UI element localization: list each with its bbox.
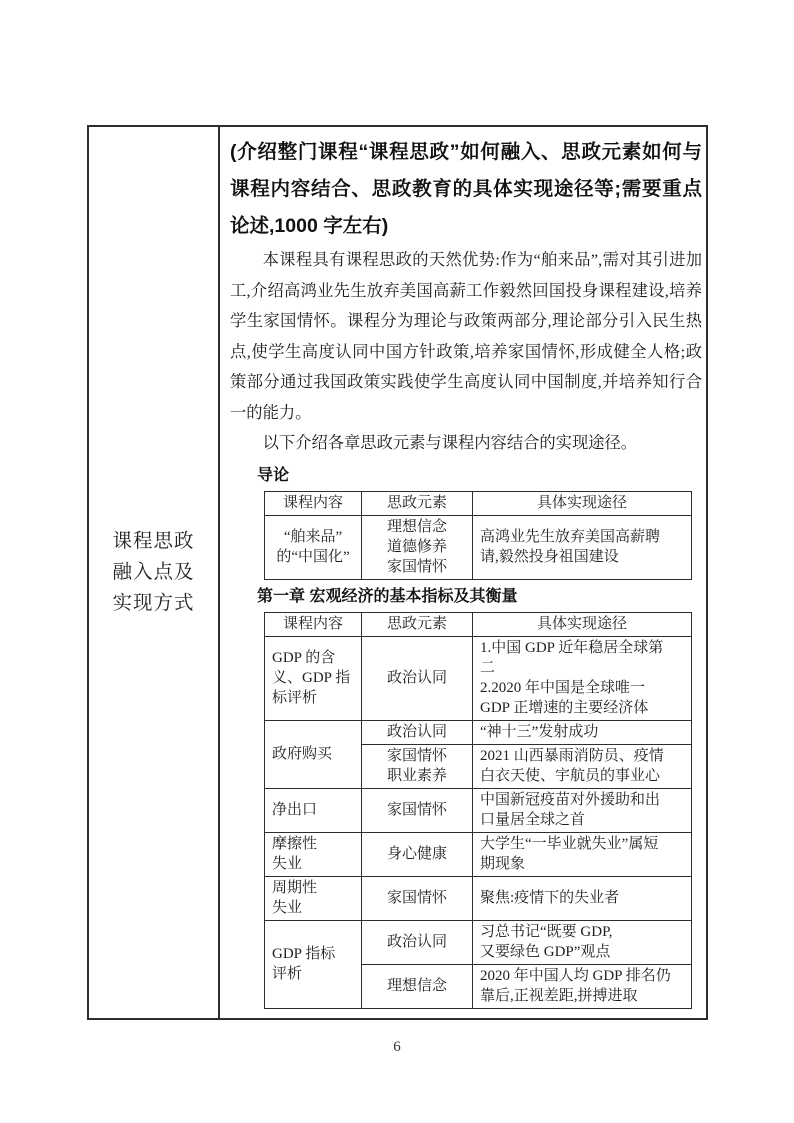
- table-cell: GDP 的含 义、GDP 指 标评析: [265, 636, 362, 720]
- table-row: “舶来品” 的“中国化”理想信念 道德修养 家国情怀高鸿业先生放弃美国高薪聘 请…: [265, 515, 692, 579]
- column-header: 思政元素: [362, 491, 473, 515]
- daolun-table: 课程内容思政元素具体实现途径“舶来品” 的“中国化”理想信念 道德修养 家国情怀…: [264, 491, 692, 580]
- table-cell: 家国情怀: [362, 788, 473, 832]
- column-header: 课程内容: [265, 612, 362, 636]
- section-title-daolun: 导论: [257, 465, 691, 487]
- outer-table-row: 课程思政 融入点及 实现方式 (介绍整门课程“课程思政”如何融入、思政元素如何与…: [88, 126, 707, 1019]
- column-header: 具体实现途径: [473, 491, 692, 515]
- table-cell: 净出口: [265, 788, 362, 832]
- column-header: 课程内容: [265, 491, 362, 515]
- row-label: 课程思政 融入点及 实现方式: [89, 526, 218, 619]
- instruction-note: (介绍整门课程“课程思政”如何融入、思政元素如何与课程内容结合、思政教育的具体实…: [230, 134, 702, 245]
- table-row: 摩擦性 失业身心健康大学生“一毕业就失业”属短 期现象: [265, 832, 692, 876]
- table-cell: 理想信念 道德修养 家国情怀: [362, 515, 473, 579]
- table-cell: 政治认同: [362, 636, 473, 720]
- table-cell: 政治认同: [362, 720, 473, 744]
- column-header: 思政元素: [362, 612, 473, 636]
- inner-tables-wrap: 导论 课程内容思政元素具体实现途径“舶来品” 的“中国化”理想信念 道德修养 家…: [264, 465, 691, 1009]
- table-row: 周期性 失业家国情怀聚焦:疫情下的失业者: [265, 876, 692, 920]
- table-row: GDP 指标 评析政治认同习总书记“既要 GDP, 又要绿色 GDP”观点: [265, 920, 692, 964]
- table-cell: 中国新冠疫苗对外援助和出 口量居全球之首: [473, 788, 692, 832]
- table-cell: “神十三”发射成功: [473, 720, 692, 744]
- table-cell: 家国情怀 职业素养: [362, 744, 473, 788]
- lead-in-paragraph: 以下介绍各章思政元素与课程内容结合的实现途径。: [230, 428, 702, 459]
- table-cell: 习总书记“既要 GDP, 又要绿色 GDP”观点: [473, 920, 692, 964]
- table-cell: 聚焦:疫情下的失业者: [473, 876, 692, 920]
- section-title-chapter1: 第一章 宏观经济的基本指标及其衡量: [257, 586, 691, 608]
- chapter1-table: 课程内容思政元素具体实现途径GDP 的含 义、GDP 指 标评析政治认同1.中国…: [264, 612, 692, 1009]
- table-cell: 理想信念: [362, 964, 473, 1008]
- table-cell: 政府购买: [265, 720, 362, 788]
- table-cell: 大学生“一毕业就失业”属短 期现象: [473, 832, 692, 876]
- table-row: GDP 的含 义、GDP 指 标评析政治认同1.中国 GDP 近年稳居全球第 二…: [265, 636, 692, 720]
- table-cell: 周期性 失业: [265, 876, 362, 920]
- table-cell: 政治认同: [362, 920, 473, 964]
- column-header: 具体实现途径: [473, 612, 692, 636]
- table-cell: 摩擦性 失业: [265, 832, 362, 876]
- outer-table: 课程思政 融入点及 实现方式 (介绍整门课程“课程思政”如何融入、思政元素如何与…: [87, 125, 708, 1020]
- table-cell: 1.中国 GDP 近年稳居全球第 二 2.2020 年中国是全球唯一 GDP 正…: [473, 636, 692, 720]
- content-cell: (介绍整门课程“课程思政”如何融入、思政元素如何与课程内容结合、思政教育的具体实…: [219, 126, 707, 1019]
- header-row: 课程内容思政元素具体实现途径: [265, 612, 692, 636]
- table-cell: 2021 山西暴雨消防员、疫情 白衣天使、宇航员的事业心: [473, 744, 692, 788]
- table-cell: 高鸿业先生放弃美国高薪聘 请,毅然投身祖国建设: [473, 515, 692, 579]
- table-cell: “舶来品” 的“中国化”: [265, 515, 362, 579]
- table-row: 政府购买政治认同“神十三”发射成功: [265, 720, 692, 744]
- document-page: 课程思政 融入点及 实现方式 (介绍整门课程“课程思政”如何融入、思政元素如何与…: [0, 0, 794, 1123]
- row-label-cell: 课程思政 融入点及 实现方式: [88, 126, 219, 1019]
- table-cell: GDP 指标 评析: [265, 920, 362, 1008]
- table-cell: 身心健康: [362, 832, 473, 876]
- table-row: 净出口家国情怀中国新冠疫苗对外援助和出 口量居全球之首: [265, 788, 692, 832]
- table-cell: 家国情怀: [362, 876, 473, 920]
- overview-paragraph: 本课程具有课程思政的天然优势:作为“舶来品”,需对其引进加工,介绍高鸿业先生放弃…: [230, 245, 702, 428]
- header-row: 课程内容思政元素具体实现途径: [265, 491, 692, 515]
- table-cell: 2020 年中国人均 GDP 排名仍 靠后,正视差距,拼搏进取: [473, 964, 692, 1008]
- page-number: 6: [0, 1039, 794, 1056]
